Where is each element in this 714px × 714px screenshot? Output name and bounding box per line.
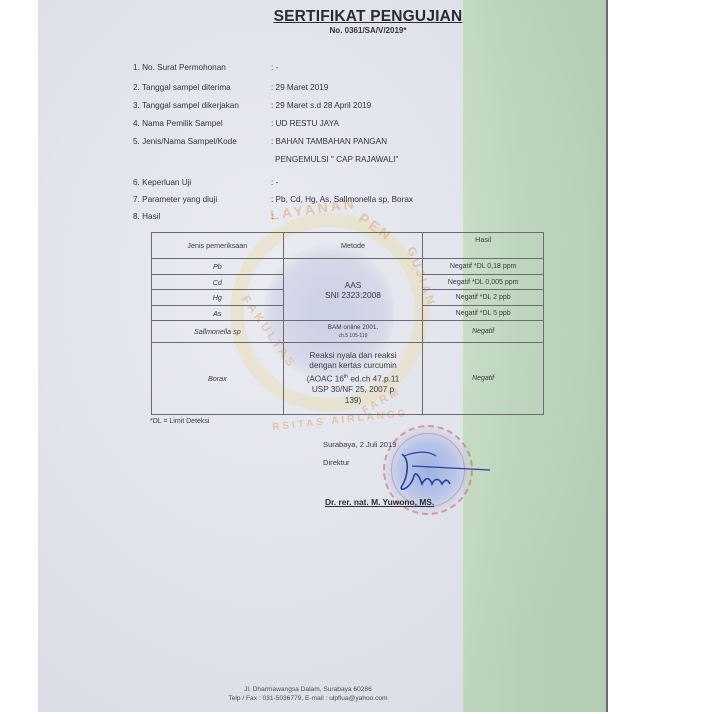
shared-method-cell: AAS SNI 2323:2008 xyxy=(283,259,423,321)
table-row: Sallmonella sp BAM online 2001, ch.5 105… xyxy=(152,321,544,343)
footer-address: Jl. Dharmawangsa Dalam, Surabaya 60286 T… xyxy=(158,686,458,703)
document-photo: SERTIFIKAT PENGUJIAN No. 0361/SA/V/2019*… xyxy=(38,0,607,712)
signer-role: Direktur xyxy=(323,458,396,467)
photo-edge xyxy=(606,0,608,712)
place-date: Surabaya, 2 Juli 2019 xyxy=(323,440,396,449)
signer-name: Dr. rer. nat. M. Yuwono, MS. xyxy=(325,497,434,507)
certificate-number: No. 0361/SA/V/2019* xyxy=(258,26,478,35)
table-row: Borax Reaksi nyala dan reaksi dengan ker… xyxy=(152,343,544,415)
certificate-title: SERTIFIKAT PENGUJIAN xyxy=(258,8,478,26)
table-row: Pb AAS SNI 2323:2008 Negatif *DL 0,18 pp… xyxy=(152,259,544,275)
signature-block: Surabaya, 2 Juli 2019 Direktur xyxy=(323,440,396,467)
header-hasil: Hasil xyxy=(423,233,544,259)
header-jenis: Jenis pemeriksaan xyxy=(152,233,284,259)
header-metode: Metode xyxy=(283,233,423,259)
results-table: Jenis pemeriksaan Metode Hasil Pb AAS SN… xyxy=(151,232,544,415)
handwritten-signature xyxy=(390,446,500,496)
footnote-dl: *DL = Limit Deteksi xyxy=(150,418,209,425)
table-header-row: Jenis pemeriksaan Metode Hasil xyxy=(152,233,544,259)
certificate-page: SERTIFIKAT PENGUJIAN No. 0361/SA/V/2019*… xyxy=(38,0,607,712)
